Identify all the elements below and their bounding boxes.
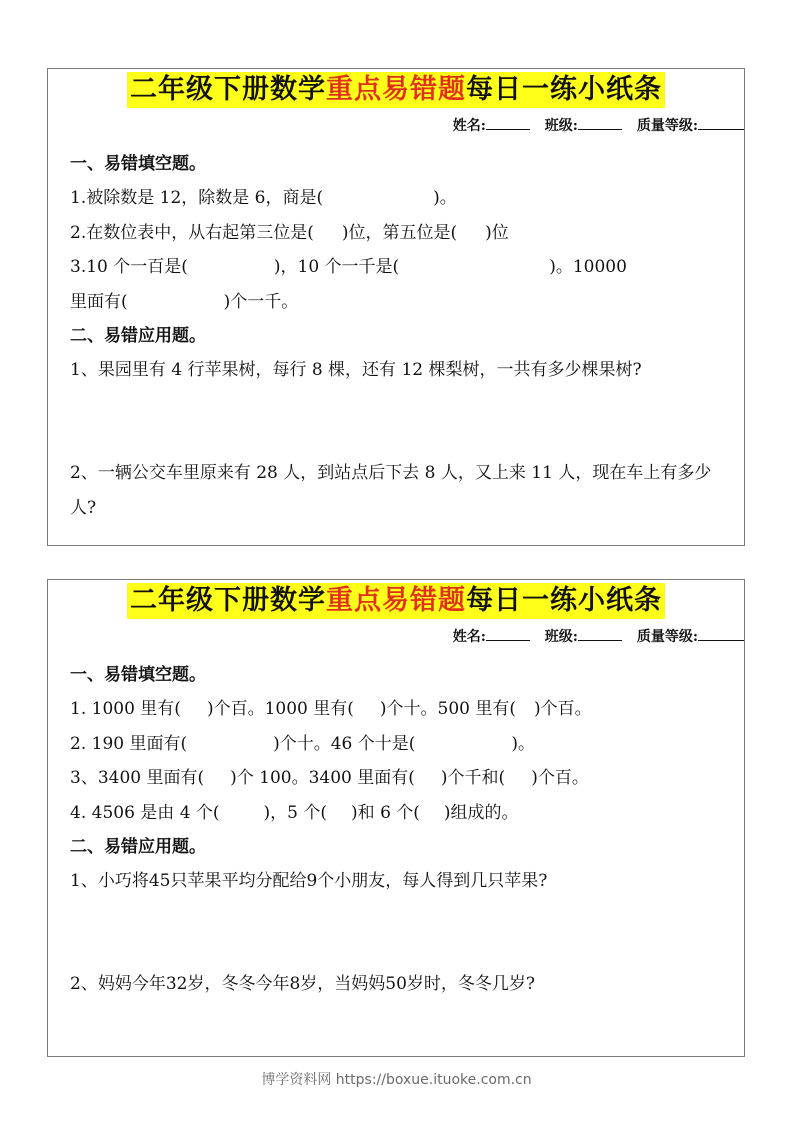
class-blank[interactable] [578,626,622,641]
q-text: )个千和( [441,768,505,788]
q-text: 1. 1000 里有( [70,699,181,719]
class-blank[interactable] [578,115,622,130]
q-text: )个百。 [534,699,592,719]
app-question-2: 2、妈妈今年32岁，冬冬今年8岁，当妈妈50岁时，冬冬几岁? [70,967,732,1002]
name-blank[interactable] [486,626,530,641]
q-text: )个百。1000 里有( [207,699,354,719]
card-body: 一、易错填空题。 1.被除数是 12，除数是 6，商是()。 2.在数位表中，从… [70,147,732,525]
name-label: 姓名: [453,629,486,645]
q-text: )位，第五位是( [342,223,457,243]
fill-question-2: 2.在数位表中，从右起第三位是()位，第五位是()位 [70,216,732,251]
section-heading-fill: 一、易错填空题。 [70,147,732,181]
q-text: )个十。46 个十是( [273,734,415,754]
title-highlight: 重点易错题 [326,585,466,616]
q-text: 2.在数位表中，从右起第三位是( [70,223,314,243]
worksheet-title: 二年级下册数学重点易错题每日一练小纸条 [127,583,665,619]
name-label: 姓名: [453,118,486,134]
title-suffix: 每日一练小纸条 [466,585,662,616]
app-question-1: 1、小巧将45只苹果平均分配给9个小朋友，每人得到几只苹果? [70,864,732,967]
footer-watermark: 博学资料网 https://boxue.ituoke.com.cn [0,1069,793,1089]
title-prefix: 二年级下册数学 [130,74,326,105]
section-heading-apply: 二、易错应用题。 [70,830,732,864]
q-text: 2. 190 里面有( [70,734,187,754]
title-prefix: 二年级下册数学 [130,585,326,616]
q-text: )和 6 个( [351,803,420,823]
fill-question-3: 3、3400 里面有()个 100。3400 里面有()个千和()个百。 [70,761,732,796]
fill-question-2: 2. 190 里面有()个十。46 个十是()。 [70,727,732,762]
fill-question-1: 1. 1000 里有()个百。1000 里有()个十。500 里有()个百。 [70,692,732,727]
fill-question-3: 3.10 个一百是()，10 个一千是()。10000 [70,250,732,285]
q-text: )个十。500 里有( [380,699,516,719]
worksheet-card-1: 二年级下册数学重点易错题每日一练小纸条 姓名: 班级: 质量等级: 一、易错填空… [47,68,745,546]
fill-question-3-cont: 里面有()个一千。 [70,285,732,320]
class-label: 班级: [545,629,578,645]
card-title-wrap: 二年级下册数学重点易错题每日一练小纸条 [48,72,744,110]
q-text: 里面有( [70,292,128,312]
card-title-wrap: 二年级下册数学重点易错题每日一练小纸条 [48,583,744,621]
q-text: )个一千。 [224,292,299,312]
worksheet-card-2: 二年级下册数学重点易错题每日一练小纸条 姓名: 班级: 质量等级: 一、易错填空… [47,579,745,1057]
q-text: )，5 个( [264,803,327,823]
q-text: )位 [485,223,509,243]
q-text: 4. 4506 是由 4 个( [70,803,220,823]
q-text: 3、3400 里面有( [70,768,204,788]
grade-label: 质量等级: [637,629,698,645]
q-text: )。10000 [549,257,627,277]
student-info-line: 姓名: 班级: 质量等级: [453,626,744,646]
fill-question-4: 4. 4506 是由 4 个()，5 个()和 6 个()组成的。 [70,796,732,831]
student-info-line: 姓名: 班级: 质量等级: [453,115,744,135]
worksheet-title: 二年级下册数学重点易错题每日一练小纸条 [127,72,665,108]
q-text: )。 [433,188,457,208]
app-question-2: 2、一辆公交车里原来有 28 人，到站点后下去 8 人，又上来 11 人，现在车… [70,456,732,525]
q-text: 3.10 个一百是( [70,257,188,277]
app-question-1: 1、果园里有 4 行苹果树，每行 8 棵，还有 12 棵梨树，一共有多少棵果树? [70,353,732,456]
grade-blank[interactable] [698,115,744,130]
class-label: 班级: [545,118,578,134]
section-heading-apply: 二、易错应用题。 [70,319,732,353]
q-text: )个百。 [531,768,589,788]
title-highlight: 重点易错题 [326,74,466,105]
grade-label: 质量等级: [637,118,698,134]
grade-blank[interactable] [698,626,744,641]
fill-question-1: 1.被除数是 12，除数是 6，商是()。 [70,181,732,216]
title-suffix: 每日一练小纸条 [466,74,662,105]
card-body: 一、易错填空题。 1. 1000 里有()个百。1000 里有()个十。500 … [70,658,732,1002]
q-text: )。 [511,734,535,754]
name-blank[interactable] [486,115,530,130]
q-text: )个 100。3400 里面有( [230,768,415,788]
q-text: )，10 个一千是( [274,257,399,277]
section-heading-fill: 一、易错填空题。 [70,658,732,692]
q-text: )组成的。 [444,803,519,823]
q-text: 1.被除数是 12，除数是 6，商是( [70,188,323,208]
